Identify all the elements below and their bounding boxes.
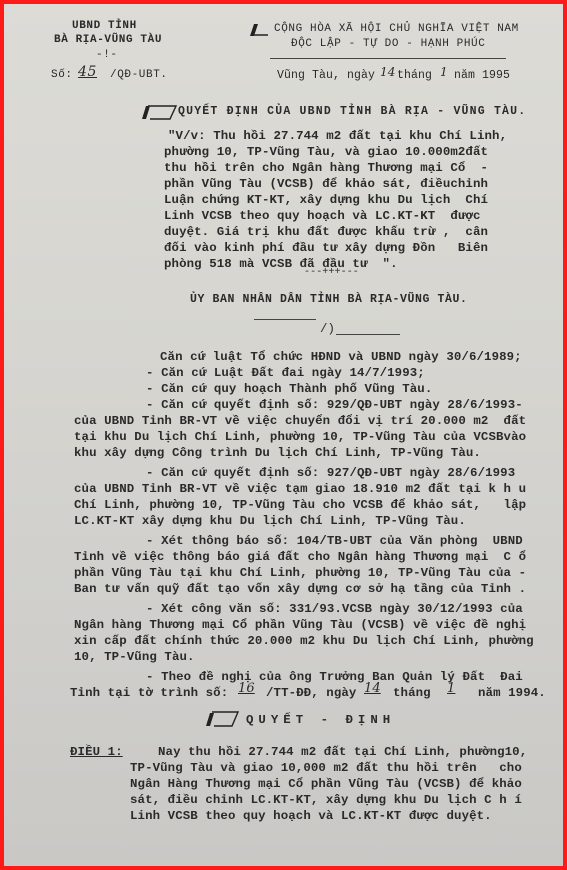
- legal-basis-line: Căn cứ luật Tổ chức HĐND và UBND ngày 30…: [160, 350, 522, 364]
- handwritten-c-mark-icon: [247, 23, 269, 37]
- proposal-month: 1: [447, 682, 455, 696]
- subject-line: phòng 518 mà VCSB đã đầu tư ".: [164, 257, 398, 271]
- subject-line: phần Vũng Tàu (VCSB) để khảo sát, điềuch…: [164, 177, 488, 191]
- authority-rule-left: [254, 319, 316, 320]
- subject-line: "V/v: Thu hồi 27.744 m2 đất tại khu Chí …: [168, 129, 507, 143]
- header-agency-line1: UBND TỈNH: [72, 19, 137, 33]
- paragraph-line: Ngân hàng Thương mại Cổ phần Vũng Tàu (V…: [74, 618, 526, 632]
- legal-basis-line: của UBND Tỉnh BR-VT về việc chuyển đổi v…: [74, 414, 526, 428]
- legal-basis-line: - Căn cứ Luật Đất đai ngày 14/7/1993;: [146, 366, 425, 380]
- document-number-suffix: /QĐ-UBT.: [110, 68, 168, 82]
- date-year: năm 1995: [454, 69, 510, 83]
- paragraph-line: - Xét công văn số: 331/93.VCSB ngày 30/1…: [146, 602, 523, 616]
- proposal-line: - Theo đề nghị của ông Trưởng Ban Quản l…: [146, 670, 523, 684]
- article-line: TP-Vũng Tàu và giao 10,000 m2 đất thu hồ…: [130, 761, 522, 775]
- proposal-day: 14: [364, 682, 381, 696]
- document-number-label: Số:: [51, 68, 73, 82]
- paragraph-line: xin cấp đất chính thức 20.000 m2 khu Du …: [74, 634, 534, 648]
- paragraph-line: Ban tư vấn quỹ đất tạo vốn xây dựng cơ s…: [74, 582, 526, 596]
- subject-line: đối vào kinh phí đầu tư xây dựng Đồn Biê…: [164, 241, 488, 255]
- authority-rule-right: [336, 334, 400, 335]
- section-divider: ---+++---: [304, 266, 359, 280]
- paragraph-line: - Xét thông báo số: 104/TB-UBT của Văn p…: [146, 534, 523, 548]
- header-agency-line2: BÀ RỊA-VŨNG TÀU: [54, 33, 162, 47]
- subject-line: duyệt. Giá trị khu đất được khấu trừ , c…: [164, 225, 488, 239]
- subject-line: phường 10, TP-Vũng Tàu, và giao 10.000m2…: [164, 145, 488, 159]
- date-month-label: tháng: [397, 69, 432, 83]
- proposal-number: 16: [238, 682, 255, 696]
- subject-line: Linh VCSB theo quy hoạch và LC.KT-KT đượ…: [164, 209, 481, 223]
- scanned-document-page: UBND TỈNH BÀ RỊA-VŨNG TÀU -!- Số: 45 /QĐ…: [4, 4, 563, 866]
- document-number-value: 45: [78, 65, 97, 79]
- paragraph-line: - Căn cứ quyết định số: 927/QĐ-UBT ngày …: [146, 466, 515, 480]
- subject-line: thu hồi trên cho Ngân hàng Thương mại Cổ…: [164, 161, 488, 175]
- national-motto: ĐỘC LẬP - TỰ DO - HẠNH PHÚC: [291, 37, 485, 51]
- header-separator: -!-: [96, 48, 118, 62]
- legal-basis-line: khu xây dựng Công trình Du lịch Chí Linh…: [74, 446, 481, 460]
- legal-basis-line: - Căn cứ quy hoạch Thành phố Vũng Tàu.: [146, 382, 432, 396]
- handwritten-q-mark-icon: [140, 104, 178, 120]
- authority-mark: /): [320, 322, 335, 336]
- article-line: Ngân Hàng Thương mại Cổ phần Vũng Tàu (V…: [130, 777, 522, 791]
- proposal-mid: /TT-ĐĐ, ngày: [266, 686, 356, 700]
- national-title: CỘNG HÒA XÃ HỘI CHỦ NGHĨA VIỆT NAM: [274, 22, 519, 36]
- decision-heading: QUYẾT - ĐỊNH: [246, 713, 395, 727]
- date-prefix: Vũng Tàu, ngày: [277, 69, 375, 83]
- subject-line: Luận chứng KT-KT, xây dựng khu Du lịch C…: [164, 193, 488, 207]
- date-month: 1: [440, 65, 448, 79]
- legal-basis-line: - Căn cứ quyết định số: 929/QĐ-UBT ngày …: [146, 398, 523, 412]
- proposal-prefix: Tỉnh tại tờ trình số:: [70, 686, 228, 700]
- article-line: sát, điều chỉnh LC.KT-KT, xây dựng khu D…: [130, 793, 522, 807]
- paragraph-line: Chí Linh, phường 10, TP-Vũng Tàu cho VCS…: [74, 498, 526, 512]
- paragraph-line: 10, TP-Vũng Tàu.: [74, 650, 195, 664]
- paragraph-line: phần Vũng Tàu tại khu Chí Linh, phường 1…: [74, 566, 526, 580]
- article-label: ĐIỀU 1:: [70, 745, 123, 759]
- paragraph-line: của UBND Tỉnh BR-VT về việc tạm giao 18.…: [74, 482, 526, 496]
- issuing-authority: ỦY BAN NHÂN DÂN TỈNH BÀ RỊA-VŨNG TÀU.: [190, 293, 468, 307]
- article-line: Nay thu hồi 27.744 m2 đất tại Chí Linh, …: [158, 745, 527, 759]
- document-title: QUYẾT ĐỊNH CỦA UBND TỈNH BÀ RỊA - VŨNG T…: [178, 105, 526, 119]
- article-line: Linh VCSB theo quy hoạch và LC.KT-KT đượ…: [130, 809, 492, 823]
- date-day: 14: [380, 65, 395, 79]
- proposal-year: năm 1994.: [478, 686, 546, 700]
- paragraph-line: LC.KT-KT xây dựng khu Du lịch Chí Linh, …: [74, 514, 466, 528]
- handwritten-q-mark-icon: [204, 710, 242, 728]
- legal-basis-line: tại khu Du lịch Chí Linh, phường 10, TP-…: [74, 430, 526, 444]
- proposal-month-label: tháng: [393, 686, 431, 700]
- motto-underline: [270, 58, 506, 59]
- paragraph-line: Tỉnh về việc thông báo giá đất cho Ngân …: [74, 550, 526, 564]
